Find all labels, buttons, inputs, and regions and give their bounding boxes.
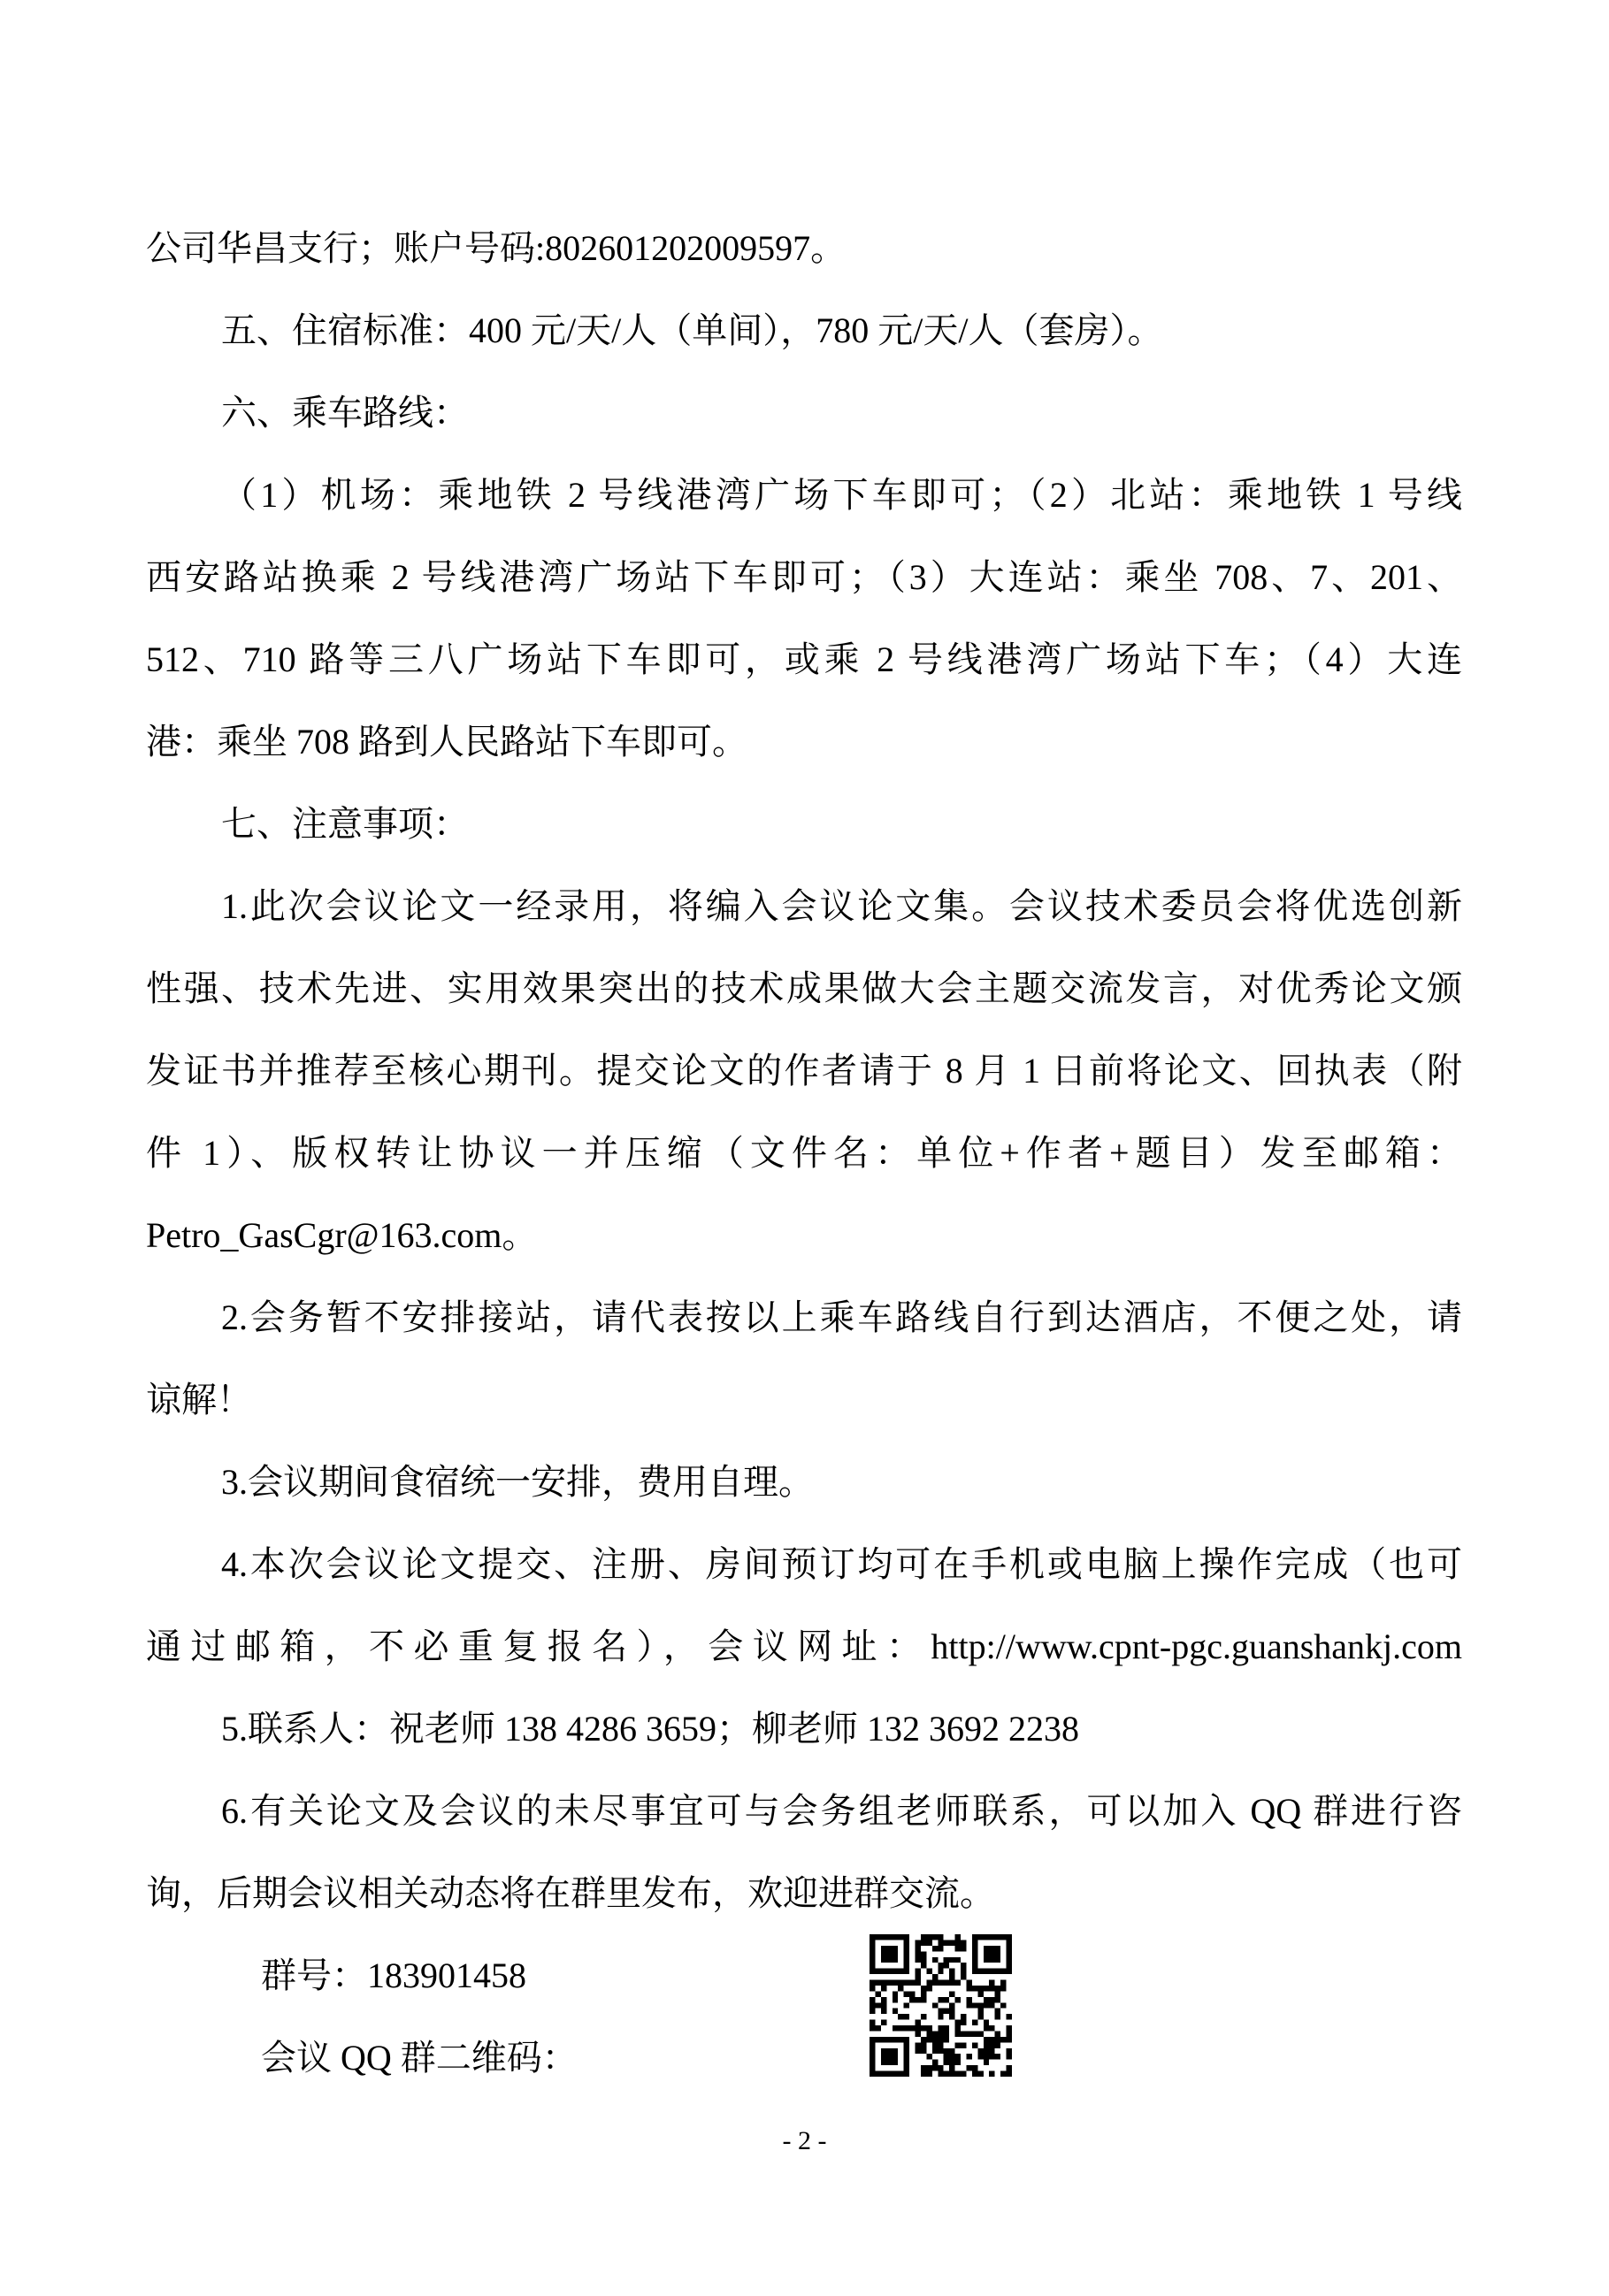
text-line: 发证书并推荐至核心期刊。提交论文的作者请于 8 月 1 日前将论文、回执表（附	[146, 1029, 1462, 1112]
text-line: 七、注意事项：	[146, 783, 1462, 865]
text-line: 港：乘坐 708 路到人民路站下车即可。	[146, 700, 1462, 783]
text-line: 公司华昌支行；账户号码:802601202009597。	[146, 207, 1462, 289]
text-line: 询，后期会议相关动态将在群里发布，欢迎进群交流。	[146, 1852, 1462, 1934]
document-page: 公司华昌支行；账户号码:802601202009597。五、住宿标准：400 元…	[0, 0, 1609, 2296]
text-line: 六、乘车路线：	[146, 371, 1462, 454]
text-line: 4.本次会议论文提交、注册、房间预订均可在手机或电脑上操作完成（也可	[146, 1523, 1462, 1605]
text-line: 3.会议期间食宿统一安排，费用自理。	[146, 1441, 1462, 1523]
qq-group-qr-code-icon	[870, 1934, 1012, 2077]
text-line: 群号：183901458	[146, 1934, 1462, 2017]
text-line: 2.会务暂不安排接站，请代表按以上乘车路线自行到达酒店，不便之处，请	[146, 1276, 1462, 1358]
page-number: - 2 -	[0, 2123, 1609, 2160]
text-line: 512、710 路等三八广场站下车即可，或乘 2 号线港湾广场站下车；（4）大连	[146, 618, 1462, 700]
text-line: 5.联系人：祝老师 138 4286 3659；柳老师 132 3692 223…	[146, 1688, 1462, 1770]
text-line: 会议 QQ 群二维码：	[146, 2017, 1462, 2099]
text-line: 通过邮箱，不必重复报名），会议网址：http://www.cpnt-pgc.gu…	[146, 1605, 1462, 1688]
text-line: （1）机场：乘地铁 2 号线港湾广场下车即可；（2）北站：乘地铁 1 号线	[146, 454, 1462, 536]
text-line: 西安路站换乘 2 号线港湾广场站下车即可；（3）大连站：乘坐 708、7、201…	[146, 536, 1462, 618]
text-line: 五、住宿标准：400 元/天/人（单间），780 元/天/人（套房）。	[146, 289, 1462, 371]
text-line: 6.有关论文及会议的未尽事宜可与会务组老师联系，可以加入 QQ 群进行咨	[146, 1770, 1462, 1852]
qq-group-qr-code	[870, 1934, 1012, 2077]
text-line: 件 1）、版权转让协议一并压缩（文件名：单位+作者+题目）发至邮箱：	[146, 1112, 1462, 1194]
document-body: 公司华昌支行；账户号码:802601202009597。五、住宿标准：400 元…	[146, 207, 1462, 2099]
text-line: 性强、技术先进、实用效果突出的技术成果做大会主题交流发言，对优秀论文颁	[146, 947, 1462, 1029]
text-line: 谅解！	[146, 1358, 1462, 1441]
text-line: Petro_GasCgr@163.com。	[146, 1194, 1462, 1276]
text-line: 1.此次会议论文一经录用，将编入会议论文集。会议技术委员会将优选创新	[146, 865, 1462, 947]
